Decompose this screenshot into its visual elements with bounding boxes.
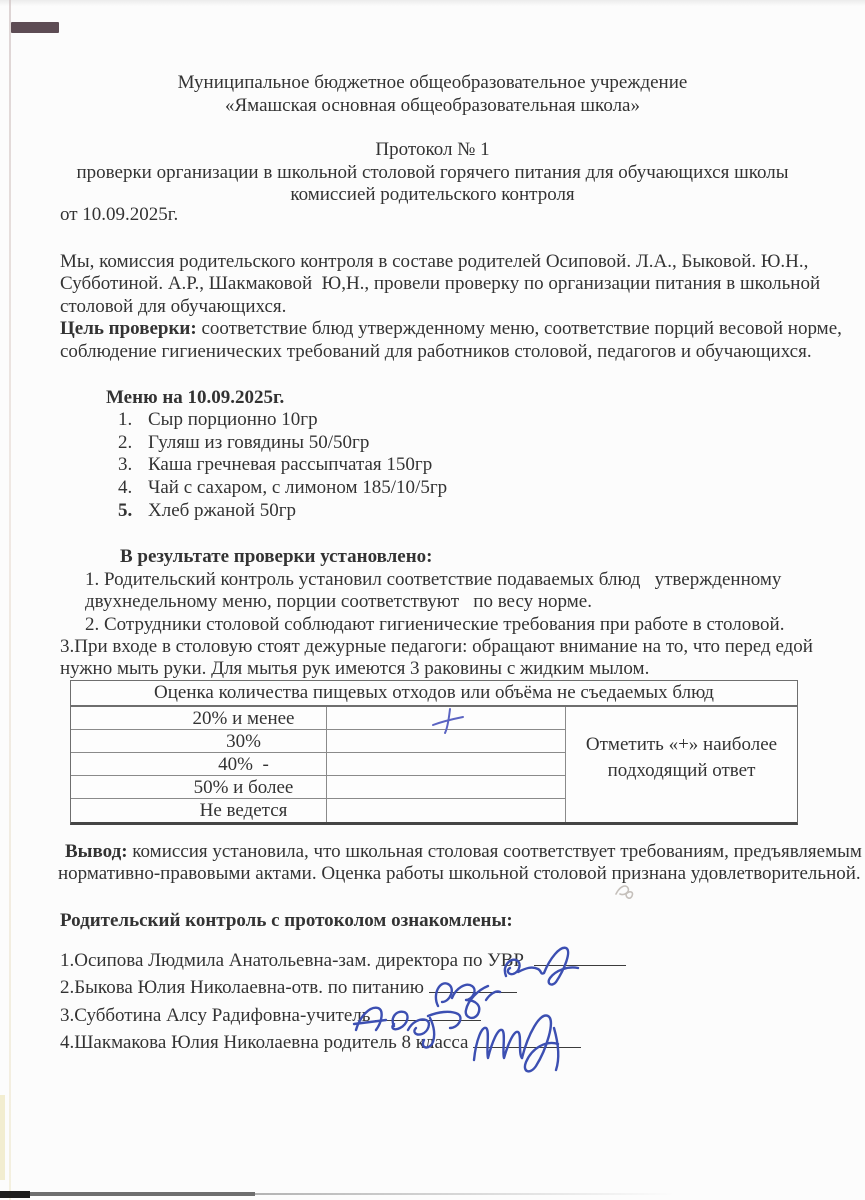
goal-text-part1: соответствие блюд утвержденному меню, со…: [197, 318, 842, 339]
faint-pencil-mark: [612, 880, 638, 904]
signer-row-1: 1.Осипова Людмила Анатольевна-зам. дирек…: [60, 950, 626, 976]
menu-item-number: 4.: [118, 477, 138, 500]
signer-row-3: 3.Субботина Алсу Радифовна-учитель: [60, 1005, 481, 1031]
goal-line1: Цель проверки: соответствие блюд утвержд…: [60, 318, 842, 340]
menu-item-text: Чай с сахаром, с лимоном 185/10/5гр: [148, 477, 447, 500]
menu-item: 4.Чай с сахаром, с лимоном 185/10/5гр: [118, 477, 447, 500]
scanned-protocol-document: Муниципальное бюджетное общеобразователь…: [0, 0, 865, 1200]
commission-line3: столовой для обучающихся.: [60, 296, 842, 318]
goal-line2: соблюдение гигиенических требований для …: [60, 341, 842, 363]
signature-line-3: [375, 1005, 481, 1021]
scan-edge-top: [0, 0, 865, 6]
commission-line2: Субботиной. А.Р., Шакмаковой Ю,Н., прове…: [60, 273, 842, 295]
waste-note-line2: подходящий ответ: [608, 758, 756, 784]
scan-edge-bottom-dark: [0, 1191, 30, 1198]
commission-line1: Мы, комиссия родительского контроля в со…: [60, 251, 842, 273]
menu-item: 1.Сыр порционно 10гр: [118, 409, 447, 432]
conclusion-paragraph: Вывод: комиссия установила, что школьная…: [58, 841, 862, 886]
menu-item-text: Гуляш из говядины 50/50гр: [148, 432, 369, 455]
scan-artifact-dark-patch: [11, 22, 59, 33]
menu-item-text: Сыр порционно 10гр: [148, 409, 318, 432]
waste-row-mark-cell: [327, 776, 565, 799]
scan-edge-bottom-gray: [30, 1192, 255, 1196]
waste-table-body: 20% и менее 30% 40% - 50% и более Не вед…: [71, 707, 797, 822]
conclusion-label: Вывод:: [65, 841, 128, 862]
acknowledgement-title: Родительский контроль с протоколом ознак…: [60, 910, 513, 932]
waste-table-mark-column: [326, 707, 566, 822]
results-item3-line2: нужно мыть руки. Для мытья рук имеются 3…: [60, 658, 813, 680]
results-item2: 2. Сотрудники столовой соблюдают гигиени…: [60, 614, 813, 636]
waste-row-label: 50% и более: [71, 776, 326, 799]
waste-row-label: 40% -: [71, 753, 326, 776]
protocol-number: Протокол № 1: [0, 139, 865, 162]
menu-item-number: 5.: [118, 500, 138, 523]
waste-table-header: Оценка количества пищевых отходов или об…: [71, 681, 797, 707]
signer-1-text: 1.Осипова Людмила Анатольевна-зам. дирек…: [60, 950, 529, 971]
menu-item: 2.Гуляш из говядины 50/50гр: [118, 432, 447, 455]
scan-edge-left-cream: [0, 1095, 5, 1180]
signer-row-2: 2.Быкова Юлия Николаевна-отв. по питанию: [60, 977, 517, 1003]
menu-item-text: Каша гречневая рассыпчатая 150гр: [148, 454, 432, 477]
protocol-subtitle-line1: проверки организации в школьной столовой…: [0, 162, 865, 185]
menu-item-number: 2.: [118, 432, 138, 455]
waste-row-mark-cell: [327, 799, 565, 822]
waste-evaluation-table: Оценка количества пищевых отходов или об…: [70, 680, 798, 825]
waste-row-label: 30%: [71, 730, 326, 753]
menu-item-text: Хлеб ржаной 50гр: [148, 500, 296, 523]
menu-list: 1.Сыр порционно 10гр 2.Гуляш из говядины…: [118, 409, 447, 523]
results-item1-line2: двухнедельному меню, порции соответствую…: [60, 591, 813, 613]
menu-item: 5.Хлеб ржаной 50гр: [118, 500, 447, 523]
goal-label: Цель проверки:: [60, 318, 197, 339]
conclusion-line2: нормативно-правовыми актами. Оценка рабо…: [58, 863, 862, 885]
results-list: 1. Родительский контроль установил соотв…: [60, 569, 813, 680]
menu-item-number: 1.: [118, 409, 138, 432]
signer-3-text: 3.Субботина Алсу Радифовна-учитель: [60, 1005, 370, 1026]
conclusion-line1: Вывод: комиссия установила, что школьная…: [58, 841, 862, 863]
waste-table-label-column: 20% и менее 30% 40% - 50% и более Не вед…: [71, 707, 326, 822]
menu-item: 3.Каша гречневая рассыпчатая 150гр: [118, 454, 447, 477]
protocol-date: от 10.09.2025г.: [60, 204, 178, 226]
menu-item-number: 3.: [118, 454, 138, 477]
waste-table-note-cell: Отметить «+» наиболее подходящий ответ: [566, 707, 797, 822]
signer-row-4: 4.Шакмакова Юлия Николаевна родитель 8 к…: [60, 1032, 581, 1058]
organization-header: Муниципальное бюджетное общеобразователь…: [0, 71, 865, 117]
conclusion-text-part1: комиссия установила, что школьная столов…: [128, 841, 862, 862]
waste-row-label: Не ведется: [71, 799, 326, 822]
waste-row-mark-cell: [327, 707, 565, 730]
waste-row-label: 20% и менее: [71, 707, 326, 730]
organization-name-line1: Муниципальное бюджетное общеобразователь…: [0, 71, 865, 94]
signature-line-2: [429, 977, 517, 993]
results-title: В результате проверки установлено:: [120, 546, 432, 568]
signature-line-1: [534, 950, 626, 966]
signer-2-text: 2.Быкова Юлия Николаевна-отв. по питанию: [60, 977, 424, 998]
signer-4-text: 4.Шакмакова Юлия Николаевна родитель 8 к…: [60, 1032, 468, 1053]
results-item1-line1: 1. Родительский контроль установил соотв…: [60, 569, 813, 591]
commission-paragraph: Мы, комиссия родительского контроля в со…: [60, 251, 842, 363]
results-item3-line1: 3.При входе в столовую стоят дежурные пе…: [60, 636, 813, 658]
handwritten-plus-mark-icon: [427, 705, 469, 735]
protocol-heading: Протокол № 1 проверки организации в школ…: [0, 139, 865, 207]
scan-edge-bottom-light: [255, 1193, 675, 1195]
waste-note-line1: Отметить «+» наиболее: [586, 732, 777, 758]
signature-line-4: [473, 1032, 581, 1048]
organization-name-line2: «Ямашская основная общеобразовательная ш…: [0, 94, 865, 117]
menu-title: Меню на 10.09.2025г.: [106, 387, 284, 409]
